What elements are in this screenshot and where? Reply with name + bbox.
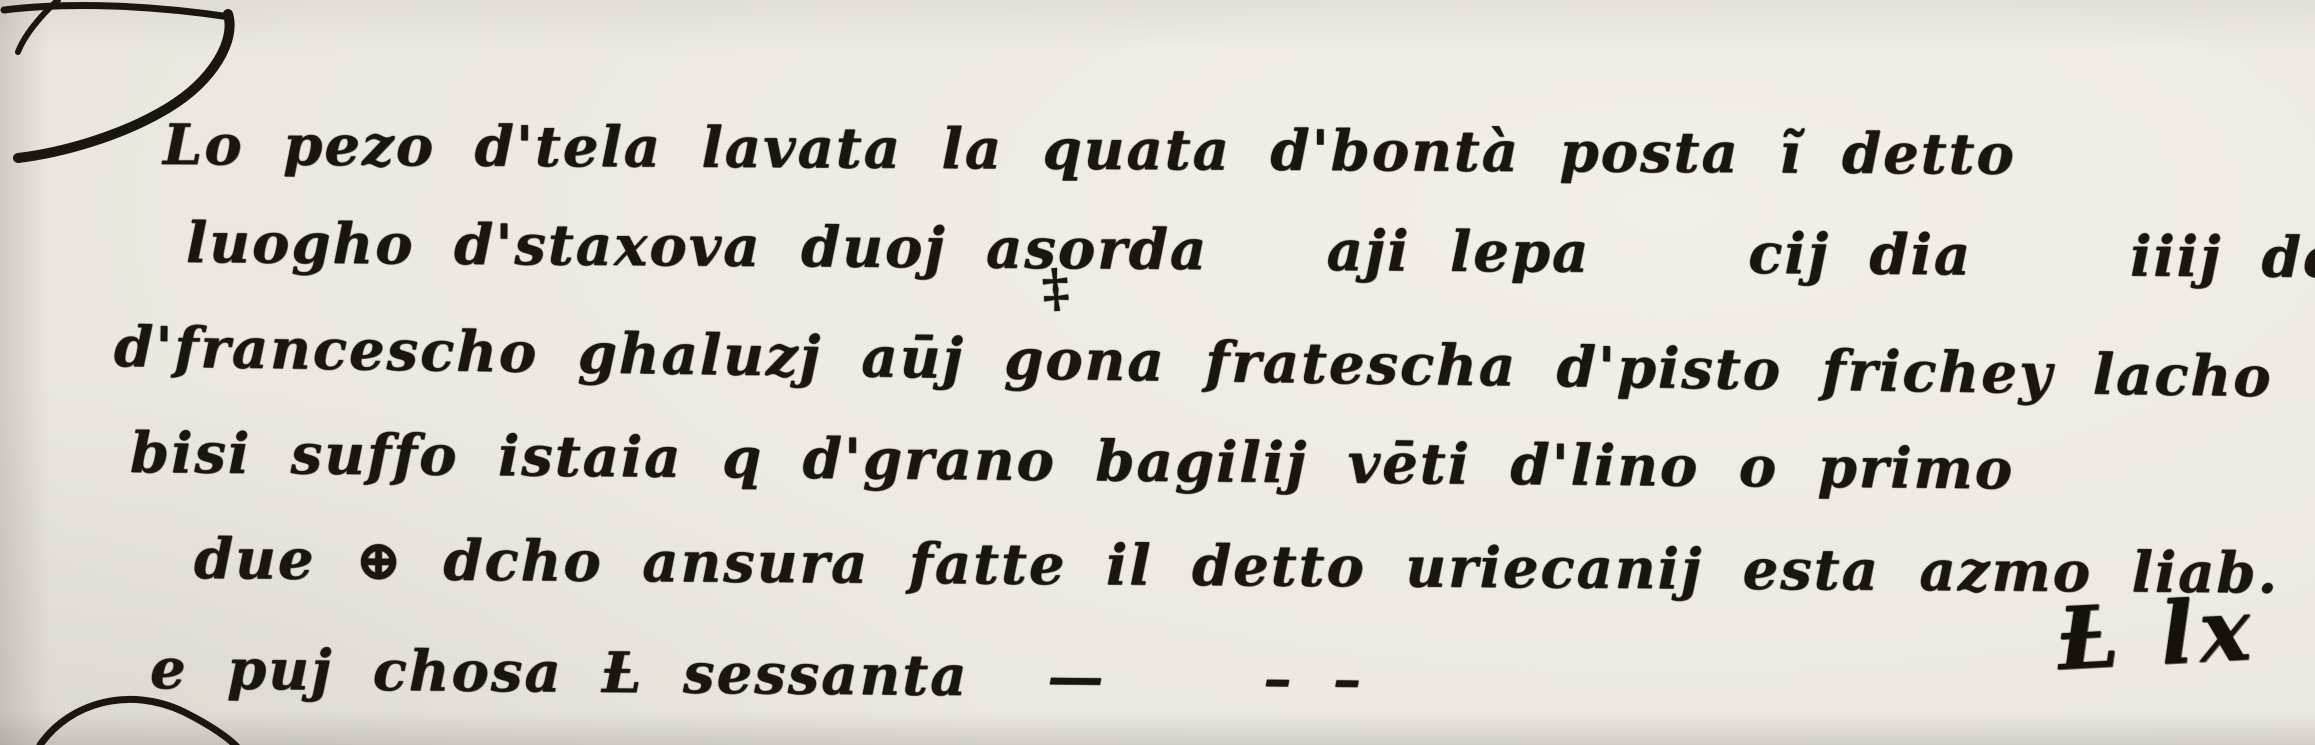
- manuscript-page: Lo pezo d'tela lavata la quata d'bontà p…: [0, 0, 2315, 745]
- bottom-left-arc-icon: [40, 699, 238, 745]
- manuscript-line-1: Lo pezo d'tela lavata la quata d'bontà p…: [163, 112, 2016, 188]
- manuscript-line-2: luogho d'staxova duoj asorda aji lepa ci…: [186, 210, 2315, 292]
- manuscript-line-3: d'francescho ghaluzj aūj gona fratescha …: [114, 314, 2274, 410]
- manuscript-line-4: bisi suffo istaia q d'grano bagilij vēti…: [130, 420, 2015, 502]
- insertion-cross-mark-icon: ‡: [1040, 257, 1071, 320]
- manuscript-line-5: due ⊕ dcho ansura fatte il detto uriecan…: [194, 526, 2280, 607]
- manuscript-line-6: e puj chosa Ƚ sessanta — – –: [150, 636, 1363, 713]
- top-edge-stroke-icon: [4, 6, 230, 17]
- amount-lire-notation: Ƚ lx: [2055, 579, 2258, 690]
- corner-tick-icon: [18, 0, 58, 52]
